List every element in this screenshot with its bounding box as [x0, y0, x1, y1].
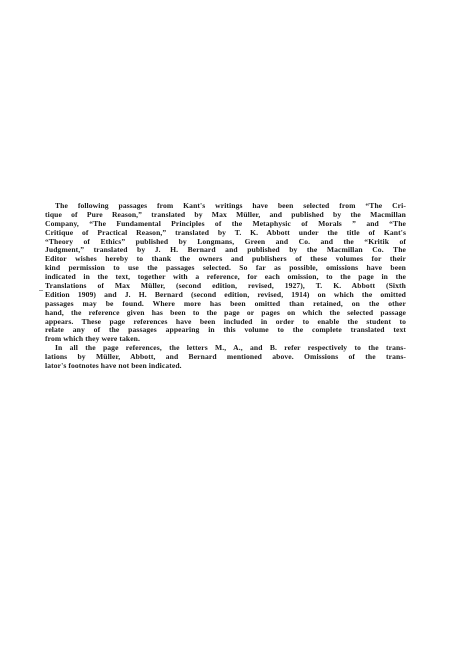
text-line: from which they were taken. [45, 335, 406, 344]
text-line: Company, “The Fundamental Principles of … [45, 220, 406, 229]
book-page: The following passages from Kant's writi… [0, 0, 450, 654]
text-line: Judgment,” translated by J. H. Bernard a… [45, 246, 406, 255]
text-line: hand, the reference given has been to th… [45, 309, 406, 318]
text-line: tique of Pure Reason,” translated by Max… [45, 211, 406, 220]
text-line: Editor wishes hereby to thank the owners… [45, 255, 406, 264]
text-line: kind permission to use the passages sele… [45, 264, 406, 273]
scan-artifact-dash [39, 290, 43, 291]
text-line: appears. These page references have been… [45, 318, 406, 327]
text-line: indicated in the text, together with a r… [45, 273, 406, 282]
text-line: lations by Müller, Abbott, and Bernard m… [45, 353, 406, 362]
text-line: passages may be found. Where more has be… [45, 300, 406, 309]
text-line: Edition 1909) and J. H. Bernard (second … [45, 291, 406, 300]
text-line: Translations of Max Müller, (second edit… [45, 282, 406, 291]
text-line: relate any of the passages appearing in … [45, 326, 406, 335]
text-line: “Theory of Ethics” published by Longmans… [45, 238, 406, 247]
text-line: The following passages from Kant's writi… [45, 202, 406, 211]
text-line: Critique of Practical Reason,” translate… [45, 229, 406, 238]
text-line: lator's footnotes have not been indicate… [45, 362, 406, 371]
text-line: In all the page references, the letters … [45, 344, 406, 353]
editor-note-text-block: The following passages from Kant's writi… [45, 202, 406, 371]
